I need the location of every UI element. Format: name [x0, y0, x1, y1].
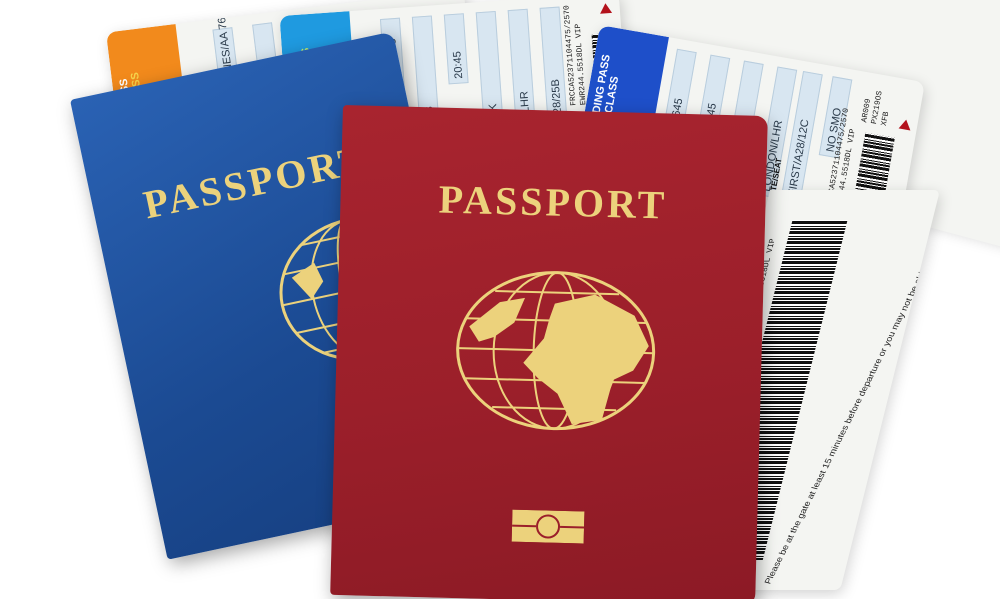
- passport-title: PASSPORT: [340, 173, 766, 231]
- tear-marker: [899, 119, 913, 131]
- tear-marker: [599, 3, 612, 14]
- field-box: 20:45: [444, 13, 469, 84]
- photo-scene: BOARDING PASS ECONOMY CLASS WorldAirline…: [0, 0, 1000, 599]
- passport-red: PASSPORT: [330, 105, 768, 599]
- biometric-chip-icon: [512, 510, 585, 544]
- globe-icon: [452, 266, 661, 436]
